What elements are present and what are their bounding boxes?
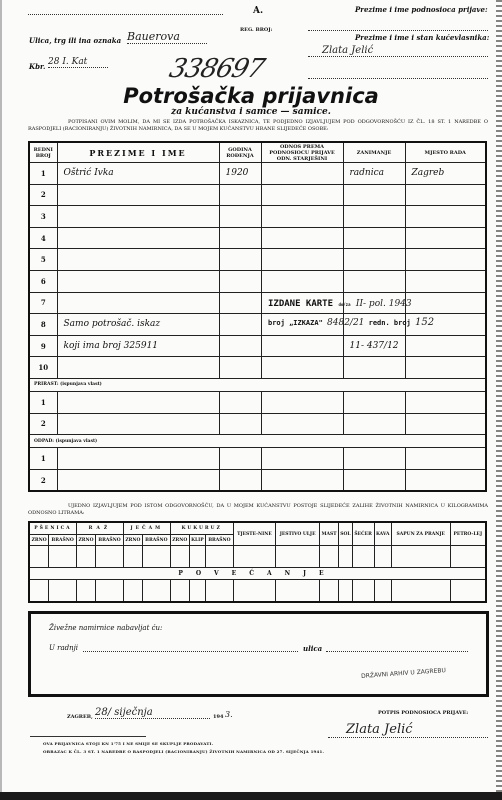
table-row: 1: [29, 391, 486, 413]
name-cell[interactable]: Oštrić Ivka: [57, 163, 219, 185]
cell[interactable]: [219, 391, 261, 413]
col-psenica-zrno: ZRNO: [29, 535, 49, 546]
name-cell[interactable]: [57, 206, 219, 228]
supply-cell[interactable]: [96, 546, 124, 568]
table-row: 1: [29, 448, 486, 470]
workplace-cell[interactable]: [405, 292, 486, 314]
regulation-note: OBRAZAC K ČL. 3 ST. 1 NAREDBE O RASPODJE…: [43, 749, 324, 754]
stamp-redni-value: 152: [415, 317, 434, 328]
col-group-psenica: PŠENICA: [29, 522, 76, 535]
occupation-cell[interactable]: [343, 357, 405, 379]
col-group-raz: RAŽ: [76, 522, 123, 535]
cell[interactable]: [57, 469, 219, 491]
workplace-cell[interactable]: [405, 357, 486, 379]
workplace-cell[interactable]: Zagreb: [405, 163, 486, 185]
row-number: 2: [29, 469, 57, 491]
col-jecam-zrno: ZRNO: [123, 535, 142, 546]
workplace-cell[interactable]: [405, 335, 486, 357]
form-page: A. REG. BROJ: Prezime i ime podnosioca p…: [0, 0, 502, 800]
scan-edge-left: [0, 0, 2, 800]
cell[interactable]: [219, 469, 261, 491]
name-cell[interactable]: Samo potrošač. iskaz: [57, 314, 219, 336]
persons-header-row: REDNI BROJ PREZIME I IME GODINA ROĐENJA …: [29, 142, 486, 163]
supply-cell[interactable]: [189, 546, 205, 568]
occupation-cell[interactable]: [343, 270, 405, 292]
supply-cell[interactable]: [170, 580, 189, 603]
col-jestivo-ulje: JESTIVO ULJE: [276, 522, 320, 546]
col-kukuruz-zrno: ZRNO: [170, 535, 189, 546]
table-row: 2: [29, 413, 486, 435]
col-sapun: SAPUN ZA PRANJE: [391, 522, 450, 546]
supply-cell[interactable]: [391, 580, 450, 603]
row-number: 8: [29, 314, 57, 336]
cell[interactable]: [261, 448, 343, 470]
col-header-name: PREZIME I IME: [57, 142, 219, 163]
supply-cell[interactable]: [49, 580, 77, 603]
col-header-relation: ODNOS PREMA PODNOSIOCU PRIJAVE ODN. STAR…: [261, 142, 343, 163]
birth-year-cell[interactable]: [219, 357, 261, 379]
supply-cell[interactable]: [374, 580, 391, 603]
odpad-label: ODPAD: (ispunjava vlast): [29, 435, 486, 448]
row-number: 1: [29, 391, 57, 413]
row-number: 6: [29, 270, 57, 292]
supply-cell[interactable]: [233, 546, 275, 568]
cell[interactable]: [343, 469, 405, 491]
supply-cell[interactable]: [450, 580, 486, 603]
top-left-blank-line: [28, 14, 223, 15]
purchase-title: Živežne namirnice nabavljat ću:: [49, 624, 162, 632]
row-number: 1: [29, 448, 57, 470]
supply-cell[interactable]: [123, 580, 142, 603]
cell[interactable]: [343, 391, 405, 413]
supply-cell[interactable]: [374, 546, 391, 568]
supplies-increase-row: [29, 580, 486, 603]
applicant-name-field[interactable]: [308, 30, 488, 31]
stamp-iskaz-value: 8482/21: [327, 318, 364, 328]
occupation-cell[interactable]: 11- 437/12: [343, 335, 405, 357]
cell[interactable]: [405, 413, 486, 435]
stamp-redni-label: redn. broj: [369, 319, 411, 327]
table-row: 5: [29, 249, 486, 271]
birth-year-cell[interactable]: [219, 314, 261, 336]
supply-cell[interactable]: [29, 546, 49, 568]
purchase-box: Živežne namirnice nabavljat ću: U radnji…: [28, 611, 489, 697]
table-row: 10: [29, 357, 486, 379]
birth-year-cell[interactable]: [219, 270, 261, 292]
stamp-line1: IZDANE KARTE: [268, 299, 333, 309]
signature-field[interactable]: Zlata Jelić: [328, 722, 488, 738]
cell[interactable]: [405, 448, 486, 470]
landlord-field[interactable]: Zlata Jelić: [308, 45, 488, 57]
table-row: 3: [29, 206, 486, 228]
supplies-values-row: [29, 546, 486, 568]
supply-cell[interactable]: [352, 546, 374, 568]
birth-year-cell[interactable]: [219, 292, 261, 314]
supply-cell[interactable]: [233, 580, 275, 603]
supplies-header-row1: PŠENICA RAŽ JEČAM KUKURUZ TJESTE-NINE JE…: [29, 522, 486, 535]
year-field[interactable]: 3.: [225, 710, 233, 719]
street-label: Ulica, trg ili ina oznaka: [29, 36, 121, 45]
stamp-period: II- pol. 1943: [356, 299, 412, 309]
cell[interactable]: [57, 448, 219, 470]
supply-cell[interactable]: [123, 546, 142, 568]
table-row: 4: [29, 227, 486, 249]
form-letter: A.: [253, 6, 263, 16]
place-label: ZAGREB,: [67, 714, 93, 720]
name-cell[interactable]: [57, 270, 219, 292]
col-header-birth-year: GODINA ROĐENJA: [219, 142, 261, 163]
supplies-intro: UJEDNO IZJAVLJUJEM POD ISTOM ODGOVORNOŠĆ…: [28, 503, 488, 517]
reg-broj-label: REG. BROJ:: [240, 27, 272, 33]
col-group-kukuruz: KUKURUZ: [170, 522, 233, 535]
supply-cell[interactable]: [205, 546, 233, 568]
supply-cell[interactable]: [142, 546, 170, 568]
cell[interactable]: [57, 391, 219, 413]
col-kukuruz-klip: KLIP: [189, 535, 205, 546]
supply-cell[interactable]: [96, 580, 124, 603]
col-group-jecam: JEČAM: [123, 522, 170, 535]
increase-label: POVEĆANJE: [29, 568, 486, 580]
form-subtitle: za kućanstva i samce — samice.: [0, 107, 502, 117]
col-header-workplace: MJESTO RADA: [405, 142, 486, 163]
supply-cell[interactable]: [352, 580, 374, 603]
supply-cell[interactable]: [189, 580, 205, 603]
row-number: 3: [29, 206, 57, 228]
table-row: 2: [29, 184, 486, 206]
col-psenica-brasno: BRAŠNO: [49, 535, 77, 546]
col-secer: ŠEĆER: [352, 522, 374, 546]
name-cell[interactable]: [57, 292, 219, 314]
supply-cell[interactable]: [142, 580, 170, 603]
table-row: 9koji ima broj 32591111- 437/12: [29, 335, 486, 357]
workplace-cell[interactable]: [405, 249, 486, 271]
occupation-cell[interactable]: [343, 227, 405, 249]
cell[interactable]: [261, 469, 343, 491]
supply-cell[interactable]: [49, 546, 77, 568]
prirast-label: PRIRAST: (ispunjava vlast): [29, 378, 486, 391]
street-label-2: ulica: [303, 644, 322, 653]
col-kukuruz-brasno: BRAŠNO: [205, 535, 233, 546]
cell[interactable]: [261, 413, 343, 435]
workplace-cell[interactable]: [405, 270, 486, 292]
signature-label: POTPIS PODNOSIOCA PRIJAVE:: [378, 710, 468, 716]
cell[interactable]: [405, 469, 486, 491]
birth-year-cell[interactable]: 1920: [219, 163, 261, 185]
stamp-line2: broj „IZKAZA": [268, 319, 323, 327]
col-sol: SOL: [339, 522, 353, 546]
supply-cell[interactable]: [320, 580, 339, 603]
name-cell[interactable]: [57, 357, 219, 379]
relation-cell[interactable]: [261, 249, 343, 271]
col-header-no: REDNI BROJ: [29, 142, 57, 163]
relation-cell[interactable]: [261, 227, 343, 249]
table-row: 6: [29, 270, 486, 292]
row-number: 1: [29, 163, 57, 185]
row-number: 2: [29, 184, 57, 206]
stamp-fraction: do/za: [338, 302, 350, 307]
cell[interactable]: [405, 391, 486, 413]
cell[interactable]: [219, 448, 261, 470]
col-raz-zrno: ZRNO: [76, 535, 95, 546]
landlord-label: Prezime i ime i stan kućevlasnika:: [355, 33, 489, 42]
row-number: 9: [29, 335, 57, 357]
applicant-name-label: Prezime i ime podnosioca prijave:: [355, 5, 488, 14]
footer-rule: [30, 736, 146, 737]
supply-cell[interactable]: [276, 580, 320, 603]
supply-cell[interactable]: [205, 580, 233, 603]
supply-cell[interactable]: [76, 546, 95, 568]
row-number: 10: [29, 357, 57, 379]
workplace-cell[interactable]: [405, 206, 486, 228]
col-mast: MAST: [320, 522, 339, 546]
supply-cell[interactable]: [339, 580, 353, 603]
name-cell[interactable]: koji ima broj 325911: [57, 335, 219, 357]
cell[interactable]: [343, 448, 405, 470]
birth-year-cell[interactable]: [219, 249, 261, 271]
cell[interactable]: [343, 413, 405, 435]
shop-field[interactable]: [83, 651, 298, 652]
cell[interactable]: [261, 391, 343, 413]
shop-street-field[interactable]: [326, 651, 468, 652]
scan-edge-bottom: [0, 792, 502, 800]
supply-cell[interactable]: [391, 546, 450, 568]
row-number: 7: [29, 292, 57, 314]
date-field[interactable]: 28/ siječnja: [95, 707, 210, 719]
house-no-label: Kbr.: [29, 62, 45, 71]
workplace-cell[interactable]: [405, 184, 486, 206]
occupation-cell[interactable]: [343, 184, 405, 206]
street-field[interactable]: Bauerova: [127, 30, 207, 44]
row-number: 2: [29, 413, 57, 435]
supply-cell[interactable]: [339, 546, 353, 568]
row-number: 4: [29, 227, 57, 249]
relation-cell[interactable]: [261, 184, 343, 206]
birth-year-cell[interactable]: [219, 206, 261, 228]
form-title: Potrošačka prijavnica: [0, 84, 502, 108]
relation-cell[interactable]: [261, 270, 343, 292]
supply-cell[interactable]: [276, 546, 320, 568]
birth-year-cell[interactable]: [219, 335, 261, 357]
relation-cell[interactable]: [261, 206, 343, 228]
scan-edge-right: [496, 0, 502, 800]
relation-cell[interactable]: [261, 163, 343, 185]
col-jecam-brasno: BRAŠNO: [142, 535, 170, 546]
supply-cell[interactable]: [450, 546, 486, 568]
price-note: OVA PRIJAVNICA STOJI KN 1'75 I NE SMIJE …: [43, 741, 213, 746]
cell[interactable]: [57, 413, 219, 435]
table-row: 7: [29, 292, 486, 314]
stamp-line2-wrap: broj „IZKAZA" 8482/21 redn. broj 152: [268, 317, 434, 328]
year-prefix: 194: [213, 714, 223, 720]
occupation-cell[interactable]: radnica: [343, 163, 405, 185]
supply-cell[interactable]: [320, 546, 339, 568]
occupation-cell[interactable]: [343, 206, 405, 228]
col-petrolej: PETRO-LEJ: [450, 522, 486, 546]
row-number: 5: [29, 249, 57, 271]
col-header-occupation: ZANIMANJE: [343, 142, 405, 163]
shop-label: U radnji: [49, 644, 78, 652]
table-row: 2: [29, 469, 486, 491]
col-kava: KAVA: [374, 522, 391, 546]
relation-cell[interactable]: [261, 357, 343, 379]
house-no-field[interactable]: 28 I. Kat: [48, 57, 108, 68]
name-cell[interactable]: [57, 249, 219, 271]
birth-year-cell[interactable]: [219, 184, 261, 206]
cell[interactable]: [219, 413, 261, 435]
archive-stamp: DRŽAVNI ARHIV U ZAGREBU: [361, 667, 446, 680]
table-row: 1Oštrić Ivka1920radnicaZagreb: [29, 163, 486, 185]
landlord-address-field[interactable]: [308, 78, 488, 79]
supply-cell[interactable]: [76, 580, 95, 603]
workplace-cell[interactable]: [405, 227, 486, 249]
relation-cell[interactable]: [261, 335, 343, 357]
name-cell[interactable]: [57, 184, 219, 206]
supply-cell[interactable]: [170, 546, 189, 568]
occupation-cell[interactable]: [343, 249, 405, 271]
supplies-table: PŠENICA RAŽ JEČAM KUKURUZ TJESTE-NINE JE…: [28, 521, 487, 603]
supply-cell[interactable]: [29, 580, 49, 603]
stamped-serial-number: 338697: [166, 54, 267, 84]
issued-cards-stamp: IZDANE KARTE do/za II- pol. 1943: [268, 299, 412, 309]
col-tjestenine: TJESTE-NINE: [233, 522, 275, 546]
birth-year-cell[interactable]: [219, 227, 261, 249]
intro-text: POTPISANI OVIM MOLIM, DA MI SE IZDA POTR…: [28, 119, 488, 133]
name-cell[interactable]: [57, 227, 219, 249]
col-raz-brasno: BRAŠNO: [96, 535, 124, 546]
